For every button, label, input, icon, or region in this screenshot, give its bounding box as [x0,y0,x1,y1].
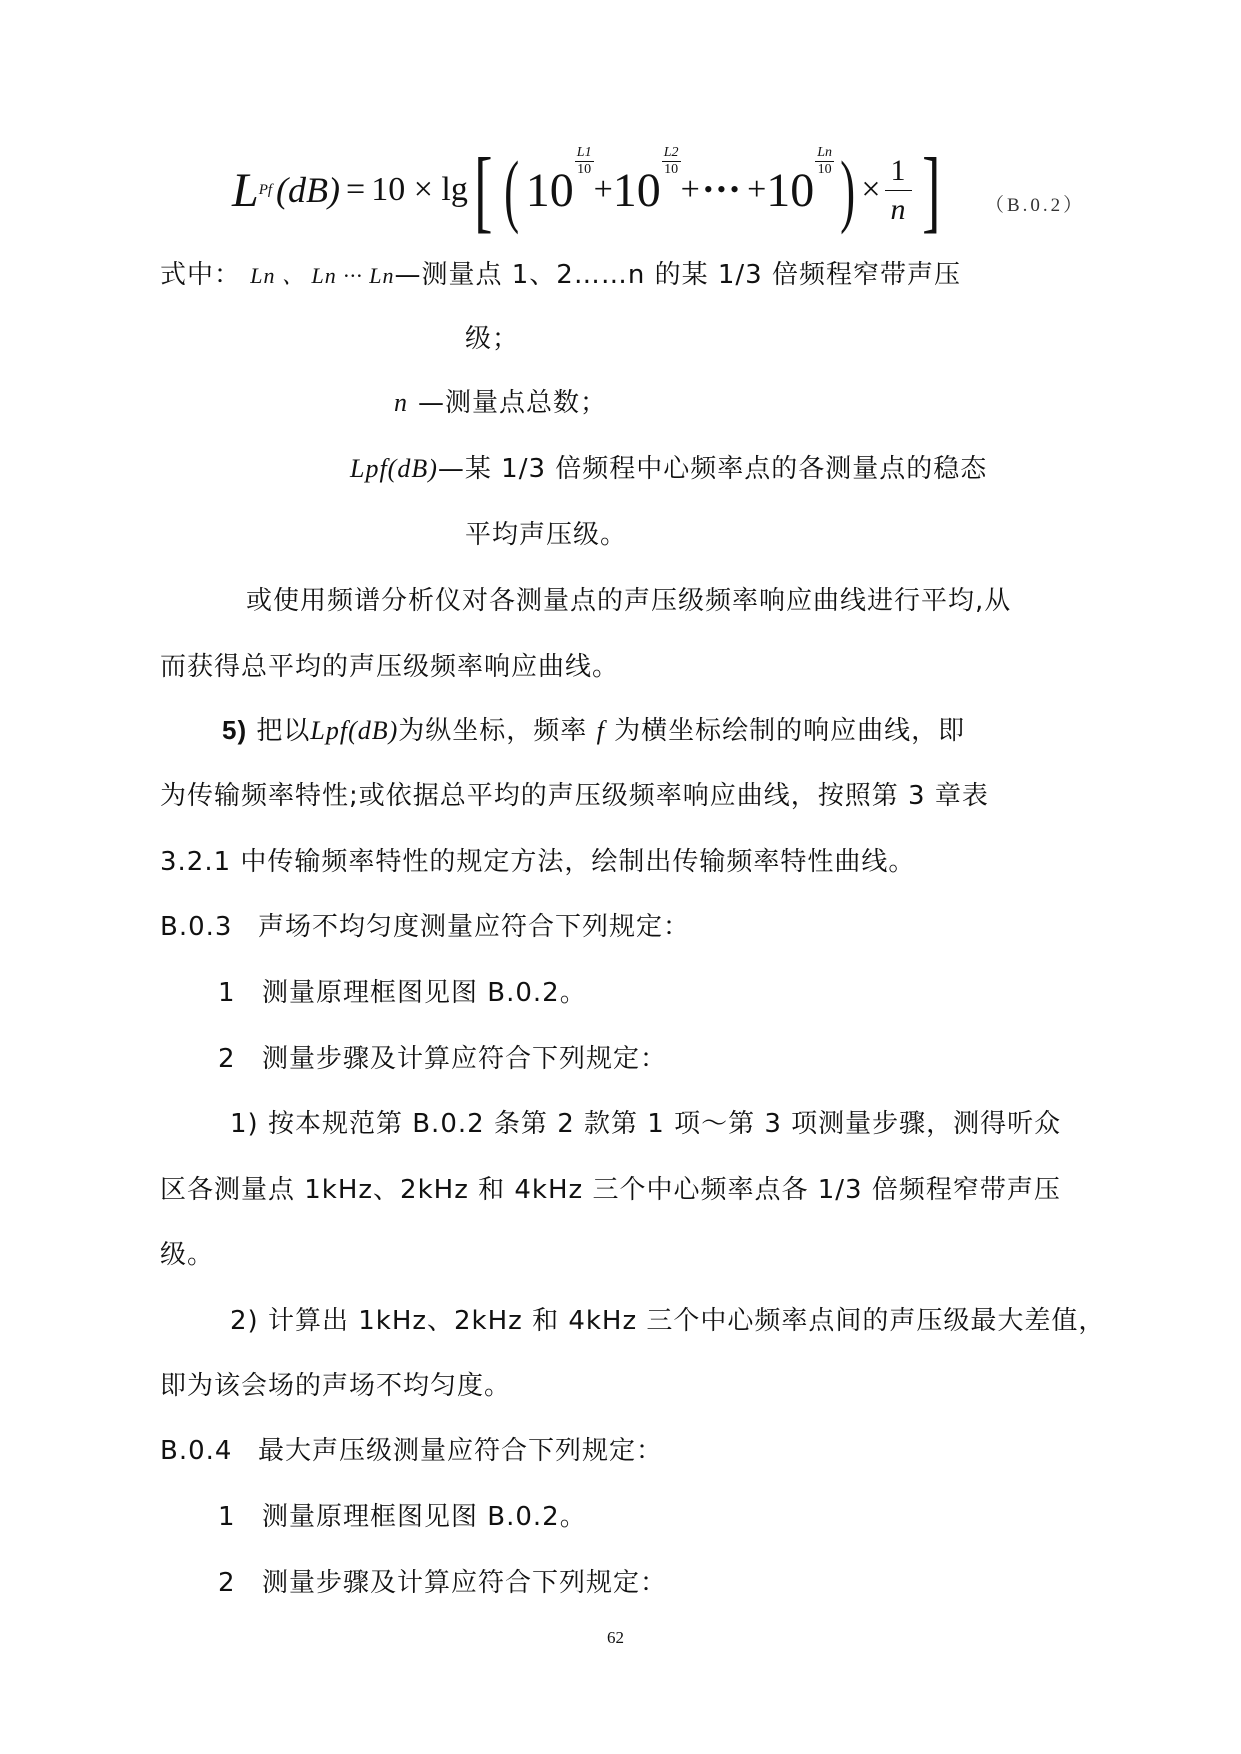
definition-2: n—测量点总数； [394,386,607,420]
b03-item-2: 2测量步骤及计算应符合下列规定： [218,1042,667,1076]
equation-number: （B.0.2） [985,190,1085,217]
ellipsis-dots: ••• [704,175,743,205]
step-5-line-3: 3.2.1 中传输频率特性的规定方法，绘制出传输频率特性曲线。 [160,845,915,879]
plus-sign: + [747,171,766,209]
fraction-one-over-n: 1 n [885,152,912,229]
b04-item-2: 2测量步骤及计算应符合下列规定： [218,1566,667,1600]
where-line-1: 式中： Ln 、 Ln ··· Ln—测量点 1、2……n 的某 1/3 倍频程… [160,258,961,293]
section-number: B.0.4 [160,1434,258,1468]
term-n: 10 Ln10 [766,163,834,218]
right-bracket: ] [922,144,940,236]
f-symbol: f [597,716,605,745]
section-number: B.0.3 [160,910,258,944]
b03-sub-1-line-2: 区各测量点 1kHz、2kHz 和 4kHz 三个中心频率点各 1/3 倍频程窄… [160,1173,1061,1207]
times-sign: × [861,171,880,209]
definition-3-symbol: Lpf(dB) [350,454,438,483]
page-number: 62 [607,1628,624,1648]
formula-equals: = [346,171,365,209]
definition-1-text: —测量点 1、2……n 的某 1/3 倍频程窄带声压 [395,260,961,290]
term-1: 10 L110 [526,163,594,218]
b04-item-1: 1测量原理框图见图 B.0.2。 [218,1500,587,1534]
plus-sign: + [681,171,700,209]
formula-coefficient: 10 × lg [371,171,468,209]
alt-method-line-2: 而获得总平均的声压级频率响应曲线。 [160,650,619,684]
step-5-number: 5) [222,715,247,745]
section-b03-heading: B.0.3声场不均匀度测量应符合下列规定： [160,910,690,944]
b03-item-1: 1测量原理框图见图 B.0.2。 [218,976,587,1010]
definition-1-continuation: 级； [465,322,519,356]
formula-b02: LPf (dB) = 10 × lg [ ( 10 L110 + 10 L210… [232,140,946,240]
definition-3-text: —某 1/3 倍频程中心频率点的各测量点的稳态 [438,454,987,484]
right-paren: ) [840,149,855,231]
formula-lhs-unit: (dB) [276,169,340,211]
definition-3-continuation: 平均声压级。 [465,518,627,552]
formula-lhs-symbol: L [232,163,259,218]
left-bracket: [ [474,144,492,236]
b03-sub-2-line-1: 2) 计算出 1kHz、2kHz 和 4kHz 三个中心频率点间的声压级最大差值… [230,1304,1105,1338]
alt-method-line-1: 或使用频谱分析仪对各测量点的声压级频率响应曲线进行平均,从 [246,584,1011,618]
where-symbols: Ln 、 Ln ··· Ln [250,263,394,288]
section-title: 声场不均匀度测量应符合下列规定： [258,912,690,942]
definition-2-text: —测量点总数； [418,388,607,418]
definition-2-symbol: n [394,388,408,417]
b03-sub-2-line-2: 即为该会场的声场不均匀度。 [160,1369,511,1403]
term-2: 10 L210 [613,163,681,218]
left-paren: ( [505,149,520,231]
b03-sub-1-line-1: 1) 按本规范第 B.0.2 条第 2 款第 1 项～第 3 项测量步骤，测得听… [230,1107,1061,1141]
formula-lhs-subscript: Pf [259,182,272,199]
section-b04-heading: B.0.4最大声压级测量应符合下列规定： [160,1434,663,1468]
plus-sign: + [594,171,613,209]
where-lead: 式中： [160,260,241,290]
definition-3: Lpf(dB)—某 1/3 倍频程中心频率点的各测量点的稳态 [350,452,987,486]
step-5-line-2: 为传输频率特性;或依据总平均的声压级频率响应曲线，按照第 3 章表 [160,779,989,813]
lpf-symbol: Lpf(dB) [310,716,398,745]
section-title: 最大声压级测量应符合下列规定： [258,1436,663,1466]
step-5-line-1: 5) 把以Lpf(dB)为纵坐标，频率 f 为横坐标绘制的响应曲线，即 [222,713,965,748]
b03-sub-1-line-3: 级。 [160,1238,214,1272]
